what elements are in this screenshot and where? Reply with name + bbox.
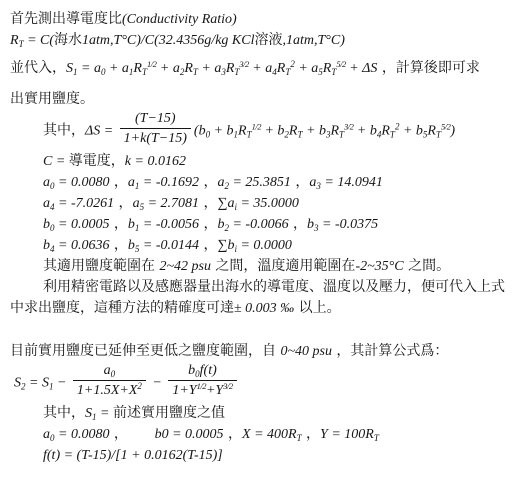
text-segment: 導電度 <box>69 153 111 169</box>
line-measurement-note-2: 中求出鹽度，這種方法的精確度可達± 0.003 ‰ 以上。 <box>10 298 527 319</box>
math-segment: R <box>330 124 339 139</box>
math-segment: 5/2 <box>441 122 450 132</box>
math-segment: = 0.0080 <box>55 175 110 190</box>
math-segment: = -0.0066 <box>229 217 289 232</box>
math-segment: b <box>43 238 50 253</box>
fraction-numerator: a0 <box>73 362 146 380</box>
math-segment: X = 400R <box>242 427 297 442</box>
math-segment: ± 0.003 ‰ <box>234 301 294 316</box>
math-segment: 1/2 <box>197 381 206 391</box>
text-segment: ， <box>199 195 217 211</box>
text-segment: ，其計算公式爲： <box>332 343 448 359</box>
line-heading: 首先測出導電度比(Conductivity Ratio) <box>10 9 527 30</box>
text-segment: 溶液 <box>254 32 282 48</box>
text-segment: 並代入， <box>10 60 66 76</box>
math-segment: = 0.0080 <box>55 427 110 442</box>
math-segment: a <box>43 196 50 211</box>
math-segment: = 0.0005 <box>55 217 110 232</box>
math-segment: = <box>97 406 113 421</box>
math-segment: = 35.0000 <box>237 196 299 211</box>
math-segment: b <box>416 124 423 139</box>
math-segment: S <box>85 406 92 421</box>
math-segment: b <box>227 124 234 139</box>
math-segment: = -0.0375 <box>319 217 379 232</box>
math-segment: = 0.0636 <box>55 238 110 253</box>
math-segment: 3/2 <box>223 381 232 391</box>
math-segment: − <box>53 376 69 391</box>
line-deltas-formula: 其中，ΔS = (T−15)1+k(T−15)(b0 + b1RT1/2 + b… <box>10 112 527 149</box>
line-constants-ck: C = 導電度，k = 0.0162 <box>10 151 527 172</box>
line-s2-where: 其中，S1 = 前述實用鹽度之值 <box>10 403 527 424</box>
text-segment: 之間，溫度適用範圍在 <box>211 258 355 274</box>
math-segment: = -0.0144 <box>139 238 199 253</box>
line-b-coefficients-1: b0 = 0.0005 ，b1 = -0.0056 ，b2 = -0.0066 … <box>10 214 527 235</box>
line-rt-definition: RT = C(海水1atm,T°C)/C(32.4356g/kg KCl溶液,1… <box>10 30 527 51</box>
text-segment: ， <box>109 237 127 253</box>
text-segment: ， <box>302 426 320 442</box>
fraction-denominator: 1+Y1/2+Y3/2 <box>168 380 236 399</box>
text-segment: 其適用鹽度範圍在 <box>43 258 159 274</box>
math-segment: + <box>399 124 415 139</box>
math-segment: S <box>66 61 73 76</box>
text-segment: ， <box>114 195 132 211</box>
math-segment: 0~40 psu <box>280 344 332 359</box>
text-segment: ，計算後即可求 <box>377 60 479 76</box>
math-segment: b <box>199 124 206 139</box>
math-segment: = 14.0941 <box>321 175 383 190</box>
text-segment: 海水 <box>54 32 82 48</box>
math-segment: f(t) <box>200 363 217 378</box>
math-segment: + <box>156 61 172 76</box>
text-segment: 其中， <box>43 405 85 421</box>
fraction: (T−15)1+k(T−15) <box>120 110 191 147</box>
math-segment: b <box>370 124 377 139</box>
text-segment: 之間。 <box>404 258 450 274</box>
math-segment: 0 <box>111 369 116 379</box>
line-measurement-note-1: 利用精密電路以及感應器量出海水的導電度、溫度以及壓力，便可代入上式 <box>10 277 527 298</box>
math-segment: (T−15) <box>135 111 176 126</box>
math-segment: b <box>319 124 326 139</box>
math-segment: a <box>94 61 101 76</box>
text-segment: ， <box>199 216 217 232</box>
math-segment: = -0.1692 <box>139 175 199 190</box>
math-segment: T <box>374 433 379 443</box>
math-segment: + <box>198 61 214 76</box>
text-segment: 首先測出導電度比 <box>10 11 122 27</box>
math-segment: 1+k(T−15) <box>124 131 187 146</box>
document-content: 首先測出導電度比(Conductivity Ratio)RT = C(海水1at… <box>10 9 527 466</box>
fraction-denominator: 1+1.5X+X2 <box>73 380 146 399</box>
math-segment: ) <box>450 124 455 139</box>
math-segment: R <box>427 124 436 139</box>
math-segment: b <box>128 217 135 232</box>
text-segment: 出實用鹽度。 <box>10 91 94 107</box>
math-segment: − <box>149 376 165 391</box>
math-segment: = -7.0261 <box>55 196 115 211</box>
line-s2-formula: S2 = S1 − a01+1.5X+X2 − b0f(t)1+Y1/2+Y3/… <box>10 364 527 401</box>
line-s1-formula-cont: 出實用鹽度。 <box>10 89 527 110</box>
fraction: b0f(t)1+Y1/2+Y3/2 <box>168 362 236 399</box>
text-segment: 前述實用鹽度之值 <box>113 405 225 421</box>
text-segment: ， <box>109 426 127 442</box>
math-segment: + <box>249 61 265 76</box>
math-segment: 2~42 psu <box>159 259 211 274</box>
document-page: 首先測出導電度比(Conductivity Ratio)RT = C(海水1at… <box>0 0 531 493</box>
text-segment: 目前實用鹽度已延伸至更低之鹽度範圍，自 <box>10 343 280 359</box>
line-applicable-range: 其適用鹽度範圍在 2~42 psu 之間，溫度適用範圍在-2~35°C 之間。 <box>10 256 527 277</box>
math-segment: R <box>133 61 142 76</box>
math-segment: (Conductivity Ratio) <box>122 12 237 27</box>
text-segment: ， <box>291 174 309 190</box>
math-segment: + <box>295 61 311 76</box>
math-segment: Y = 100R <box>320 427 374 442</box>
math-segment: 5/2 <box>336 59 345 69</box>
math-segment: 1+Y <box>172 383 196 398</box>
math-segment: + <box>210 124 226 139</box>
math-segment: 1+1.5X+X <box>77 383 138 398</box>
math-segment: 2 <box>137 381 142 391</box>
math-segment: ∑ <box>217 238 227 253</box>
math-segment: k = 0.0162 <box>125 154 186 169</box>
fraction: a01+1.5X+X2 <box>73 362 146 399</box>
text-segment: ， <box>199 237 217 253</box>
math-segment: ΔS = <box>85 124 117 139</box>
text-segment: 利用精密電路以及感應器量出海水的導電度、溫度以及壓力，便可代入上式 <box>43 279 505 295</box>
fraction-numerator: (T−15) <box>120 110 191 128</box>
text-segment: ， <box>111 153 125 169</box>
math-segment: = C( <box>24 33 54 48</box>
math-segment: = 0.0000 <box>237 238 292 253</box>
math-segment: a <box>128 175 135 190</box>
text-segment <box>128 426 155 442</box>
math-segment: = -0.0056 <box>139 217 199 232</box>
math-segment: R <box>10 33 19 48</box>
math-segment: + <box>105 61 121 76</box>
math-segment: = <box>78 61 94 76</box>
math-segment: S <box>42 376 49 391</box>
math-segment: a <box>43 427 50 442</box>
math-segment: R <box>184 61 193 76</box>
math-segment: b <box>307 217 314 232</box>
math-segment: +Y <box>206 383 223 398</box>
math-segment: 1/2 <box>252 122 261 132</box>
line-s1-formula: 並代入，S1 = a0 + a1RT1/2 + a2RT + a3RT3/2 +… <box>10 56 527 81</box>
text-segment: ， <box>199 174 217 190</box>
math-segment: C = <box>43 154 69 169</box>
line-extended-range: 目前實用鹽度已延伸至更低之鹽度範圍，自 0~40 psu ，其計算公式爲： <box>10 341 527 362</box>
text-segment: ， <box>109 216 127 232</box>
line-a-coefficients-2: a4 = -7.0261 ，a5 = 2.7081 ，∑ai = 35.0000 <box>10 193 527 214</box>
line-s2-constants: a0 = 0.0080 ， b0 = 0.0005 ，X = 400RT ，Y … <box>10 424 527 445</box>
fraction-denominator: 1+k(T−15) <box>120 128 191 147</box>
math-segment: + <box>303 124 319 139</box>
math-segment: R <box>238 124 247 139</box>
text-segment: ， <box>289 216 307 232</box>
text-segment: 其中， <box>43 123 85 139</box>
text-segment: 以上。 <box>294 300 340 316</box>
math-segment: a <box>122 61 129 76</box>
math-segment: ,1atm,T°C) <box>282 33 344 48</box>
fraction-numerator: b0f(t) <box>168 362 236 380</box>
math-segment: = 25.3851 <box>229 175 291 190</box>
line-b-coefficients-2: b4 = 0.0636 ，b5 = -0.0144 ，∑bi = 0.0000 <box>10 235 527 256</box>
math-segment: ∑ <box>217 196 227 211</box>
text-segment: ， <box>224 426 242 442</box>
math-segment: + <box>261 124 277 139</box>
text-segment: ， <box>109 174 127 190</box>
math-segment: b0 = 0.0005 <box>155 427 224 442</box>
math-segment: 3/2 <box>344 122 353 132</box>
math-segment: 1/2 <box>147 59 156 69</box>
math-segment: 3/2 <box>239 59 248 69</box>
math-segment: + ΔS <box>346 61 378 76</box>
math-segment: b <box>43 217 50 232</box>
math-segment: = 2.7081 <box>144 196 199 211</box>
math-segment: a <box>104 363 111 378</box>
math-segment: S <box>14 376 21 391</box>
math-segment: R <box>381 124 390 139</box>
math-segment: -2~35°C <box>355 259 403 274</box>
math-segment: 1atm,T°C)/C(32.4356g/kg KCl <box>82 33 254 48</box>
line-ft-formula: f(t) = (T-15)/[1 + 0.0162(T-15)] <box>10 445 527 466</box>
line-a-coefficients-1: a0 = 0.0080 ，a1 = -0.1692 ，a2 = 25.3851 … <box>10 172 527 193</box>
math-segment: = <box>26 376 42 391</box>
math-segment: b <box>128 238 135 253</box>
text-segment: 中求出鹽度，這種方法的精確度可達 <box>10 300 234 316</box>
math-segment: a <box>133 196 140 211</box>
math-segment: a <box>43 175 50 190</box>
math-segment: + <box>353 124 369 139</box>
math-segment: a <box>173 61 180 76</box>
math-segment: f(t) = (T-15)/[1 + 0.0162(T-15)] <box>43 448 223 463</box>
